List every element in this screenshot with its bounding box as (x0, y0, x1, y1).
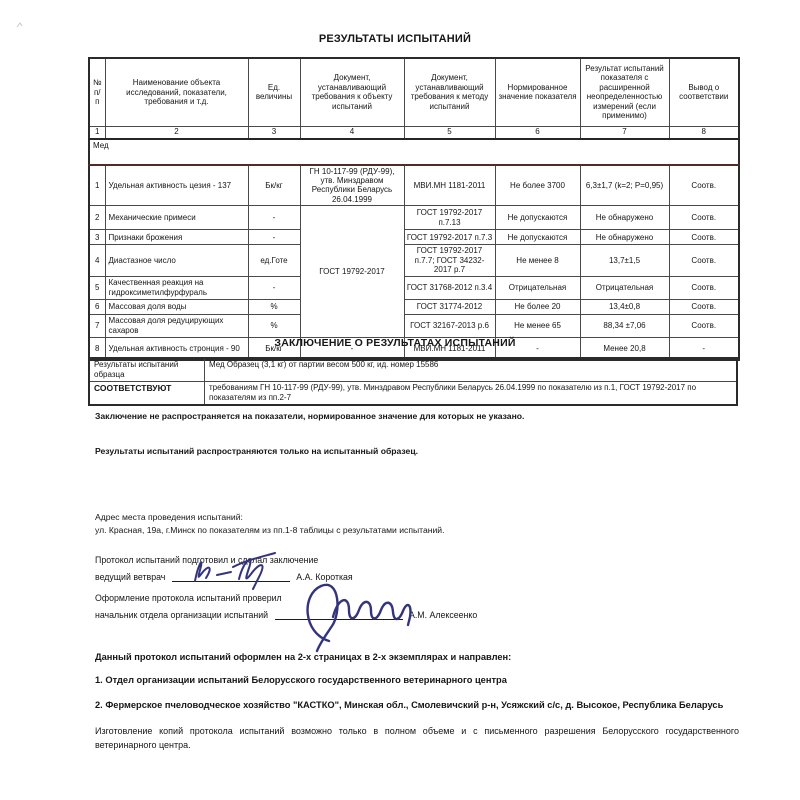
header-unit: Ед. величины (248, 58, 300, 126)
row-unit: ед.Готе (248, 245, 300, 276)
distribution-item-2: 2. Фермерское пчеловодческое хозяйство "… (95, 699, 739, 712)
row-num: 4 (89, 245, 105, 276)
signatures-block: Протокол испытаний подготовил и сделал з… (95, 555, 739, 620)
col-number: 8 (669, 126, 739, 139)
row-name: Массовая доля воды (105, 299, 248, 314)
row-result: Не обнаружено (580, 230, 669, 245)
checked-role: начальник отдела организации испытаний (95, 610, 268, 620)
conclusion-table: Результаты испытаний образца Мед Образец… (88, 357, 738, 406)
col-number: 6 (495, 126, 580, 139)
col-number: 7 (580, 126, 669, 139)
row-name: Массовая доля редуцирующих сахаров (105, 314, 248, 337)
row-result: 13,4±0,8 (580, 299, 669, 314)
table-row: 5 Качественная реакция на гидроксиметилф… (89, 276, 739, 299)
row-result: Отрицательная (580, 276, 669, 299)
checked-name: А.М. Алексеенко (409, 610, 477, 620)
header-doc-object: Документ, устанавливающий требования к о… (300, 58, 404, 126)
checked-intro: Оформление протокола испытаний проверил (95, 593, 739, 603)
distribution-heading: Данный протокол испытаний оформлен на 2-… (95, 652, 739, 662)
header-name: Наименование объекта исследований, показ… (105, 58, 248, 126)
results-header-row: № п/п Наименование объекта исследований,… (89, 58, 739, 126)
row-name: Удельная активность цезия - 137 (105, 165, 248, 206)
handwritten-signature-icon (187, 545, 307, 591)
row-doc-method: ГОСТ 32167-2013 р.6 (404, 314, 495, 337)
row-num: 7 (89, 314, 105, 337)
row-unit: - (248, 276, 300, 299)
col-number: 1 (89, 126, 105, 139)
row-name: Диастазное число (105, 245, 248, 276)
row-name: Признаки брожения (105, 230, 248, 245)
scan-artifact (15, 20, 25, 30)
col-number: 3 (248, 126, 300, 139)
prepared-name: А.А. Короткая (296, 572, 352, 582)
group-row-honey: Мед (89, 139, 739, 165)
header-norm: Нормированное значение показателя (495, 58, 580, 126)
row-norm: Не менее 8 (495, 245, 580, 276)
prepared-intro: Протокол испытаний подготовил и сделал з… (95, 555, 739, 565)
table-row: 6 Массовая доля воды % ГОСТ 31774-2012 Н… (89, 299, 739, 314)
distribution-item-1: 1. Отдел организации испытаний Белорусск… (95, 674, 739, 687)
conclusion-title: ЗАКЛЮЧЕНИЕ О РЕЗУЛЬТАТАХ ИСПЫТАНИЙ (0, 337, 790, 349)
table-row: 2 Механические примеси - ГОСТ 19792-2017… (89, 206, 739, 230)
prepared-role: ведущий ветврач (95, 572, 165, 582)
row-unit: % (248, 299, 300, 314)
col-number: 4 (300, 126, 404, 139)
results-table: № п/п Наименование объекта исследований,… (88, 57, 740, 361)
row-conclusion: Соотв. (669, 276, 739, 299)
row-num: 3 (89, 230, 105, 245)
table-row: 3 Признаки брожения - ГОСТ 19792-2017 п.… (89, 230, 739, 245)
row-doc-method: ГОСТ 19792-2017 п.7.3 (404, 230, 495, 245)
row-norm: Не менее 65 (495, 314, 580, 337)
conclusion-row-label: Результаты испытаний образца (89, 358, 205, 382)
row-unit: - (248, 230, 300, 245)
results-title: РЕЗУЛЬТАТЫ ИСПЫТАНИЙ (0, 33, 790, 45)
conclusion-verdict-label: СООТВЕТСТВУЮТ (89, 382, 205, 406)
header-conclusion: Вывод о соответствии (669, 58, 739, 126)
row-norm: Не допускаются (495, 230, 580, 245)
row-conclusion: Соотв. (669, 165, 739, 206)
checked-signature-row: начальник отдела организации испытаний А… (95, 609, 739, 620)
row-unit: - (248, 206, 300, 230)
address-value: ул. Красная, 19а, г.Минск по показателям… (95, 524, 739, 537)
merged-doc-object-cell: ГОСТ 19792-2017 (300, 206, 404, 337)
row-doc-method: ГОСТ 31774-2012 (404, 299, 495, 314)
row-conclusion: Соотв. (669, 314, 739, 337)
row-norm: Не более 3700 (495, 165, 580, 206)
row-result: 6,3±1,7 (k=2; Р=0,95) (580, 165, 669, 206)
row-name: Качественная реакция на гидроксиметилфур… (105, 276, 248, 299)
table-row: 1 Удельная активность цезия - 137 Бк/кг … (89, 165, 739, 206)
row-doc-method: ГОСТ 31768-2012 п.3.4 (404, 276, 495, 299)
row-conclusion: Соотв. (669, 230, 739, 245)
table-row: 4 Диастазное число ед.Готе ГОСТ 19792-20… (89, 245, 739, 276)
address-label: Адрес места проведения испытаний: (95, 511, 739, 524)
row-doc-object: ГН 10-117-99 (РДУ-99), утв. Минздравом Р… (300, 165, 404, 206)
conclusion-row-value: Мед Образец (3,1 кг) от партии весом 500… (205, 358, 738, 382)
header-doc-method: Документ, устанавливающий требования к м… (404, 58, 495, 126)
row-conclusion: Соотв. (669, 299, 739, 314)
group-label: Мед (89, 139, 739, 165)
row-conclusion: Соотв. (669, 245, 739, 276)
row-conclusion: Соотв. (669, 206, 739, 230)
prepared-signature-row: ведущий ветврач А.А. Короткая (95, 571, 739, 582)
row-unit: Бк/кг (248, 165, 300, 206)
col-number: 2 (105, 126, 248, 139)
row-norm: Не допускаются (495, 206, 580, 230)
row-result: 13,7±1,5 (580, 245, 669, 276)
test-address-block: Адрес места проведения испытаний: ул. Кр… (95, 511, 739, 537)
distribution-block: Данный протокол испытаний оформлен на 2-… (95, 652, 739, 752)
row-norm: Отрицательная (495, 276, 580, 299)
copy-restriction-note: Изготовление копий протокола испытаний в… (95, 725, 739, 752)
row-unit: % (248, 314, 300, 337)
row-doc-method: ГОСТ 19792-2017 п.7.7; ГОСТ 34232-2017 р… (404, 245, 495, 276)
row-result: 88,34 ±7,06 (580, 314, 669, 337)
note-scope: Заключение не распространяется на показа… (95, 411, 739, 421)
row-num: 1 (89, 165, 105, 206)
signature-line (172, 571, 290, 582)
row-name: Механические примеси (105, 206, 248, 230)
header-result: Результат испытаний показателя с расшире… (580, 58, 669, 126)
row-doc-method: МВИ.МН 1181-2011 (404, 165, 495, 206)
protocol-page: РЕЗУЛЬТАТЫ ИСПЫТАНИЙ № п/п Наименование … (0, 0, 800, 800)
note-sample-only: Результаты испытаний распространяются то… (95, 446, 739, 456)
row-result: Не обнаружено (580, 206, 669, 230)
row-doc-method: ГОСТ 19792-2017 п.7.13 (404, 206, 495, 230)
table-row: 7 Массовая доля редуцирующих сахаров % Г… (89, 314, 739, 337)
table-row: Результаты испытаний образца Мед Образец… (89, 358, 737, 382)
table-row: СООТВЕТСТВУЮТ требованиям ГН 10-117-99 (… (89, 382, 737, 406)
row-norm: Не более 20 (495, 299, 580, 314)
col-number: 5 (404, 126, 495, 139)
column-numbers-row: 1 2 3 4 5 6 7 8 (89, 126, 739, 139)
row-num: 5 (89, 276, 105, 299)
row-num: 6 (89, 299, 105, 314)
signature-line (275, 609, 403, 620)
row-num: 2 (89, 206, 105, 230)
conclusion-verdict-value: требованиям ГН 10-117-99 (РДУ-99), утв. … (205, 382, 738, 406)
header-num: № п/п (89, 58, 105, 126)
